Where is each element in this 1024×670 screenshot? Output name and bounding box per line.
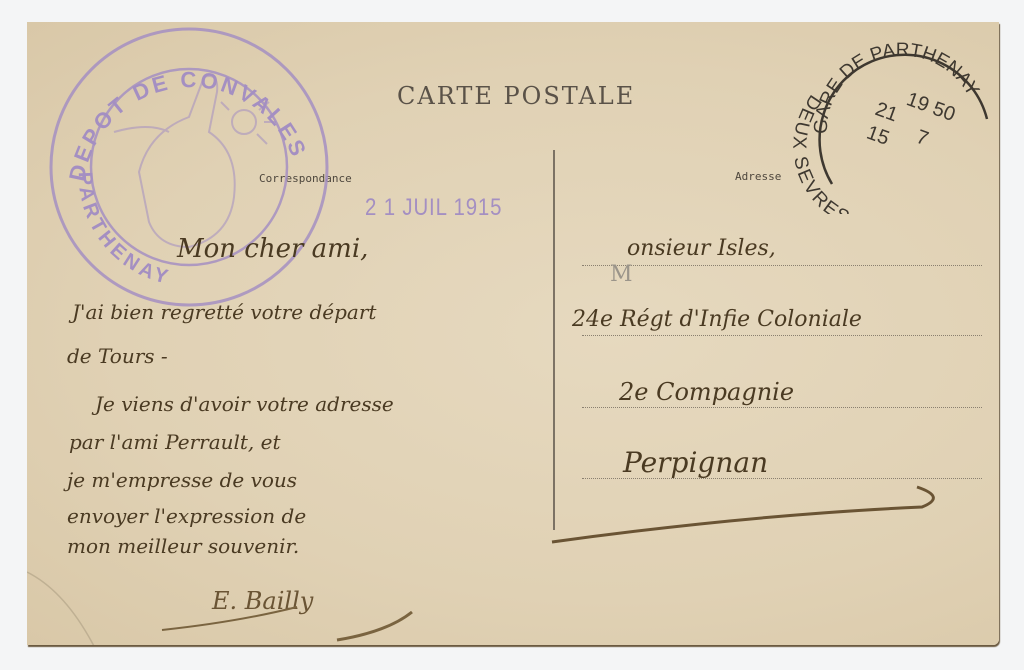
printed-m: M (610, 262, 633, 287)
depot-stamp: DEPOT DE CONVALESCENTS PARTHENAY (39, 22, 339, 312)
message-line: Mon cher ami, (177, 234, 368, 264)
address-underline (547, 477, 947, 547)
center-divider (553, 150, 555, 530)
postcard-title: CARTE POSTALE (397, 82, 635, 110)
address-line-2 (582, 335, 982, 336)
address-line: Perpignan (623, 446, 768, 479)
message-line: J'ai bien regretté votre départ (72, 300, 376, 324)
postmark-day: 21 (872, 98, 900, 126)
address-line-1 (582, 265, 982, 266)
message-line: mon meilleur souvenir. (67, 534, 299, 558)
message-line: envoyer l'expression de (67, 504, 306, 528)
postcard: CARTE POSTALE Correspondance Adresse M D… (27, 22, 999, 645)
address-line: 2e Compagnie (619, 378, 794, 406)
address-line: onsieur Isles, (627, 236, 776, 261)
date-stamp: 2 1 JUIL 1915 (365, 194, 502, 222)
svg-text:PARTHENAY: PARTHENAY (74, 171, 174, 289)
address-label: Adresse (735, 170, 781, 183)
message-line: Je viens d'avoir votre adresse (95, 392, 394, 416)
signature-flourish (157, 582, 427, 642)
message-line: de Tours - (67, 344, 168, 368)
message-line: par l'ami Perrault, et (69, 430, 281, 454)
corner-crease (27, 552, 117, 645)
svg-text:GARE DE PARTHENAY: GARE DE PARTHENAY (811, 40, 983, 135)
postmark-year: 15 (864, 122, 892, 150)
svg-text:DEPOT DE CONVALESCENTS: DEPOT DE CONVALESCENTS (39, 22, 312, 183)
postmark: GARE DE PARTHENAY DEUX SEVRES 19 50 21 7… (782, 24, 999, 214)
address-line: 24e Régt d'Infie Coloniale (572, 307, 862, 332)
message-line: je m'empresse de vous (67, 468, 297, 492)
address-line-3 (582, 407, 982, 408)
depot-stamp-bottom-text: PARTHENAY (74, 171, 174, 289)
depot-stamp-top-text: DEPOT DE CONVALESCENTS (39, 22, 312, 183)
postmark-top-text: GARE DE PARTHENAY (811, 40, 983, 135)
postmark-month: 7 (913, 126, 931, 150)
postmark-time: 19 50 (904, 88, 959, 126)
